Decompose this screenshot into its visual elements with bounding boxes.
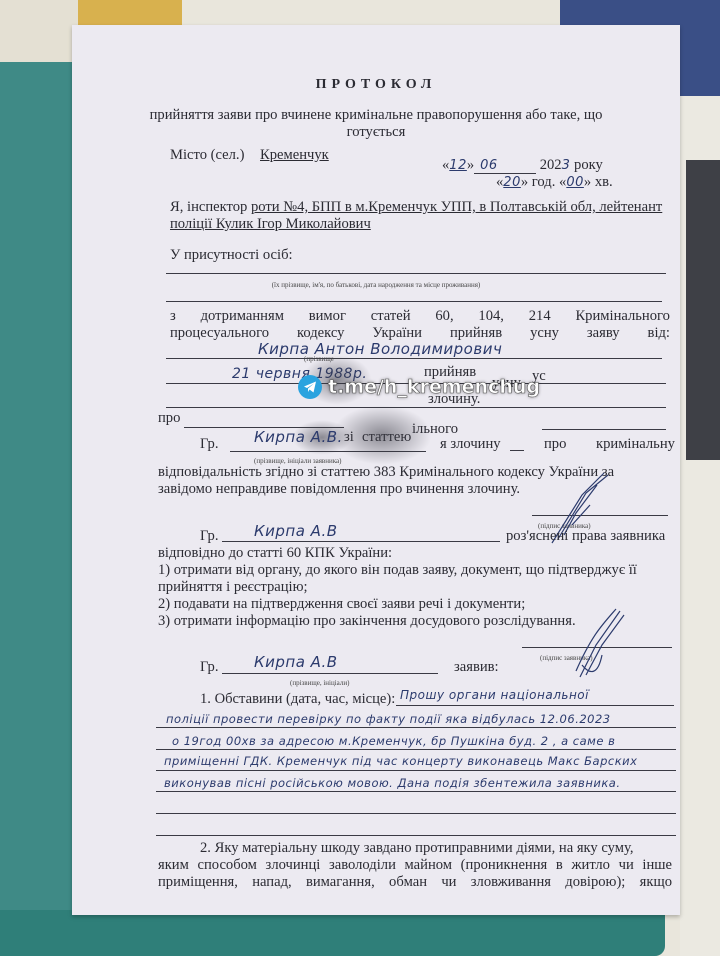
inspector-line2: поліції Кулик Ігор Миколайович	[170, 216, 371, 233]
w: статей	[371, 308, 411, 325]
rights-item-2: 2) подавати на підтвердження своєї заяви…	[158, 596, 525, 613]
declared-gr-label: Гр.	[200, 659, 218, 676]
circumstances-label: 1. Обставини (дата, час, місце):	[200, 691, 395, 708]
short-line	[510, 450, 524, 451]
w: з	[170, 308, 176, 325]
question2-line2: яким способом злочинці заволоділи майном…	[158, 857, 672, 874]
w: заяву	[587, 325, 620, 342]
date-month: 06	[480, 158, 498, 173]
warning-gr-value: Кирпа А.В.	[254, 429, 343, 446]
presence-line-2	[166, 301, 662, 302]
rights-suffix: роз'яснені права заявника	[506, 528, 665, 545]
teal-folder	[0, 62, 78, 956]
name-line	[166, 358, 662, 359]
document-title: ПРОТОКОЛ	[72, 77, 680, 93]
rights-gr-label: Гр.	[200, 528, 218, 545]
obscured-word: я злочину	[440, 436, 501, 453]
line	[156, 835, 676, 836]
rights-item-3: 3) отримати інформацію про закінчення до…	[158, 613, 576, 630]
protocol-document: ПРОТОКОЛ прийняття заяви про вчинене кри…	[72, 25, 680, 915]
rights-item-1: 1) отримати від органу, до якого він под…	[158, 562, 637, 579]
city-label: Місто (сел.)	[170, 147, 244, 164]
time-minute: 00	[566, 175, 584, 190]
date-year-hand: 3	[562, 158, 571, 173]
declared-suffix: заявив:	[454, 659, 499, 676]
teal-folder-bottom	[0, 910, 665, 956]
question2-line1: 2. Яку матеріальну шкоду завдано протипр…	[200, 840, 672, 857]
line	[156, 770, 676, 771]
dark-object-right	[686, 160, 720, 460]
obscured-word: про	[544, 436, 566, 453]
circumstances-line-4: приміщенні ГДК. Кременчук під час концер…	[164, 753, 637, 770]
date-day: 12	[449, 158, 467, 173]
line	[156, 749, 676, 750]
obscured-word: кримінальну	[596, 436, 675, 453]
date-year-prefix: 202	[540, 157, 562, 173]
rights-name-line	[222, 541, 500, 542]
declared-caption: (прізвище, ініціали)	[290, 675, 349, 692]
circumstances-line-3: о 19год 00хв за адресою м.Кременчук, бр …	[172, 733, 615, 750]
w: дотриманням	[201, 308, 284, 325]
background-wall	[0, 0, 80, 70]
w: 104,	[478, 308, 504, 325]
presence-label: У присутності осіб:	[170, 247, 293, 264]
time-hour: 20	[503, 175, 521, 190]
circumstances-line-5: виконував пісні російською мовою. Дана п…	[164, 775, 620, 792]
watermark: t.me/h_kremenchug	[298, 375, 540, 399]
compliance-line1: здотриманнямвимогстатей60,104,214Криміна…	[170, 308, 670, 325]
w: вимог	[309, 308, 346, 325]
warning-gr-label: Гр.	[200, 436, 218, 453]
inspector-line1: Я, інспектор роти №4, БПП в м.Кременчук …	[170, 199, 662, 216]
watermark-text: t.me/h_kremenchug	[328, 376, 540, 398]
line	[156, 791, 676, 792]
w: 214	[529, 308, 551, 325]
w: 60,	[435, 308, 453, 325]
document-subtitle-line2: готується	[72, 124, 680, 141]
date-line: «12»062023 року	[442, 157, 603, 174]
rights-item-1-cont: прийняття і реєстрацію;	[158, 579, 308, 596]
telegram-icon	[298, 375, 322, 399]
declared-name-line	[222, 673, 438, 674]
line	[156, 813, 676, 814]
w: усну	[530, 325, 559, 342]
document-subtitle-line1: прийняття заяви про вчинене кримінальне …	[72, 107, 680, 124]
line	[156, 727, 676, 728]
time-line: «20» год. «00» хв.	[496, 174, 613, 191]
question2-line3: приміщення, напад, вимагання, обман чи з…	[158, 874, 672, 891]
obscured-word: про	[158, 410, 180, 427]
presence-line-1	[166, 273, 666, 274]
city-value: Кременчук	[260, 147, 329, 164]
yellow-paper-edge	[78, 0, 182, 28]
circumstances-line-1: Прошу органи національної	[400, 687, 589, 704]
rights-gr-value: Кирпа А.В	[254, 523, 338, 540]
line	[396, 705, 674, 706]
minute-label: хв.	[595, 174, 613, 190]
signature-2	[572, 605, 632, 685]
presence-caption: (їх прізвище, ім'я, по батькові, дата на…	[72, 277, 680, 294]
declared-gr-value: Кирпа А.В	[254, 654, 338, 671]
inspector-unit: роти №4, БПП в м.Кременчук УПП, в Полтав…	[251, 199, 662, 215]
circumstances-line-2: поліції провести перевірку по факту поді…	[166, 711, 611, 728]
about-line-right	[542, 429, 666, 430]
w: процесуального	[170, 325, 269, 342]
warning-name-line	[230, 451, 426, 452]
address-line	[166, 407, 666, 408]
inspector-prefix: Я, інспектор	[170, 199, 247, 215]
date-year-suffix: року	[574, 157, 603, 173]
applicant-full-name: Кирпа Антон Володимирович	[258, 341, 502, 358]
hour-label: год.	[532, 174, 556, 190]
rights-intro: відповідно до статті 60 КПК України:	[158, 545, 392, 562]
w: Кримінального	[575, 308, 670, 325]
w: від:	[648, 325, 670, 342]
warning-line3: завідомо неправдиве повідомлення про вчи…	[158, 481, 520, 498]
